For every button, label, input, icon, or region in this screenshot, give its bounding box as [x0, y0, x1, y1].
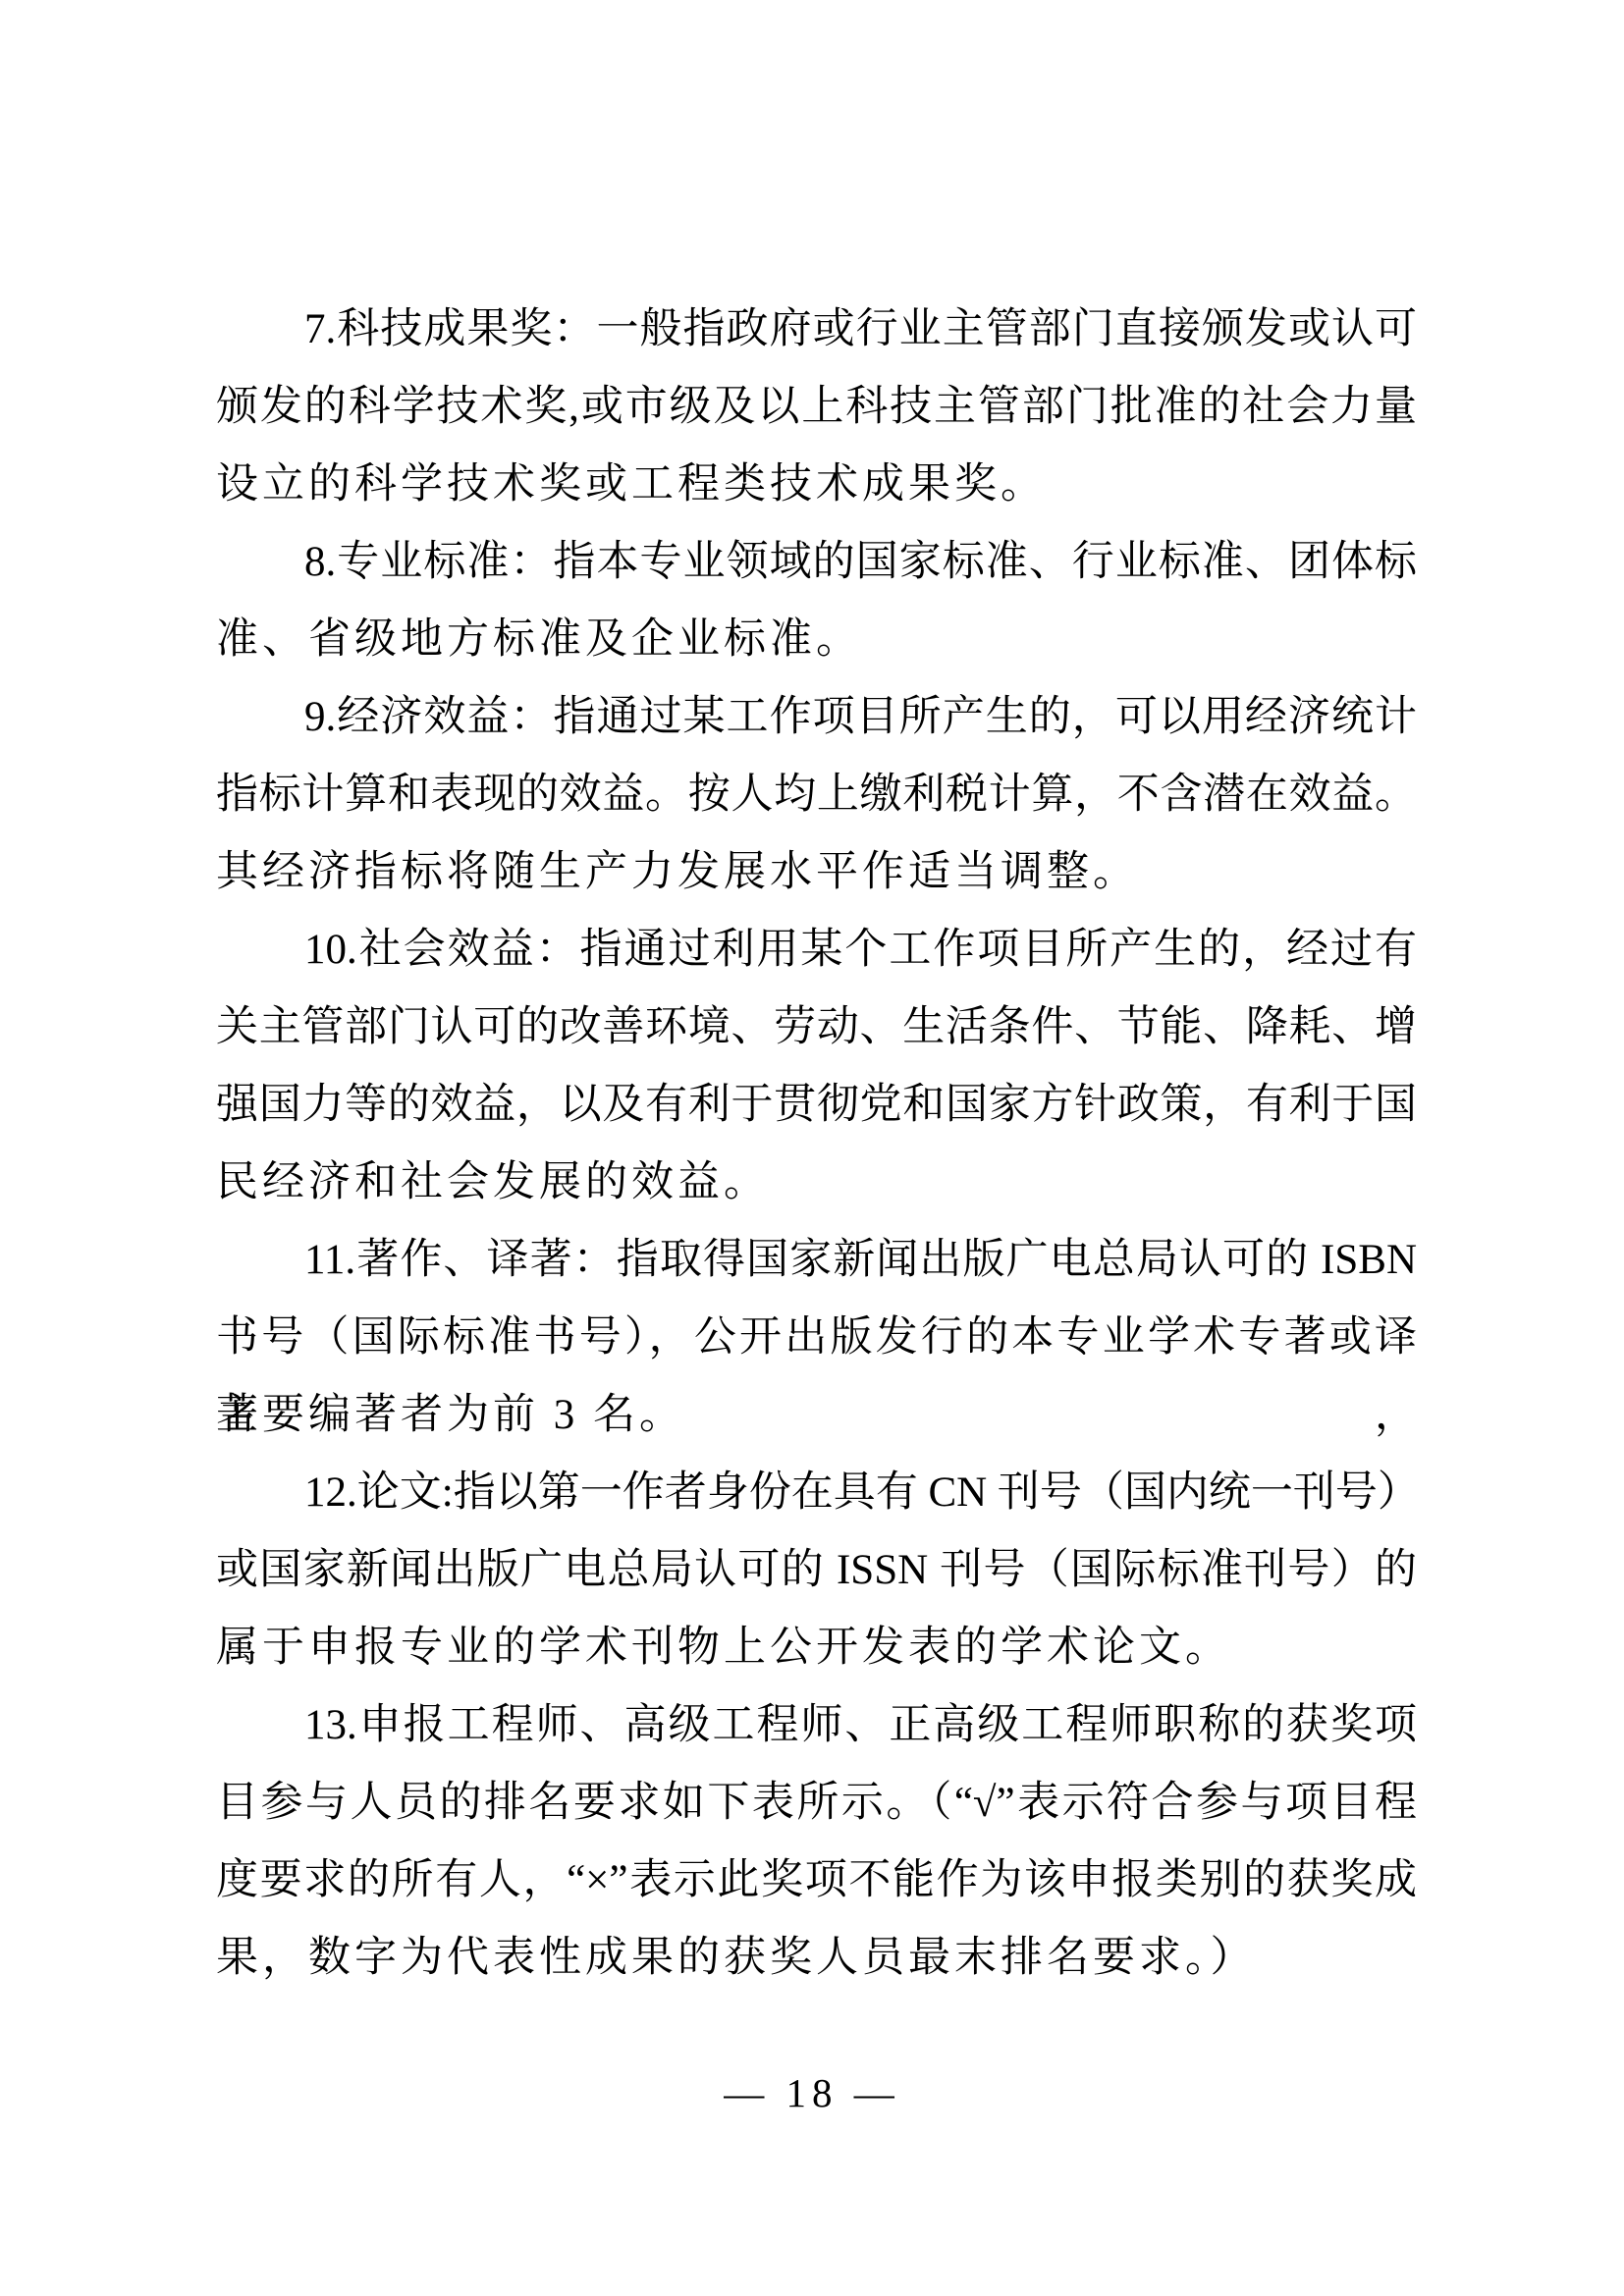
text-line: 10.社会效益：指通过利用某个工作项目所产生的，经过有 [216, 911, 1417, 988]
page-footer: — 18 — [0, 2069, 1624, 2116]
text-line: 准、省级地方标准及企业标准。 [216, 601, 1417, 678]
text-line: 民经济和社会发展的效益。 [216, 1144, 1417, 1221]
text-line: 书号（国际标准书号），公开出版发行的本专业学术专著或译著， [216, 1299, 1417, 1376]
text-line: 11.著作、译著：指取得国家新闻出版广电总局认可的 ISBN [216, 1221, 1417, 1299]
text-line: 7.科技成果奖：一般指政府或行业主管部门直接颁发或认可 [216, 291, 1417, 368]
text-line: 指标计算和表现的效益。按人均上缴利税计算，不含潜在效益。 [216, 756, 1417, 833]
text-line: 9.经济效益：指通过某工作项目所产生的，可以用经济统计 [216, 678, 1417, 756]
text-line: 属于申报专业的学术刊物上公开发表的学术论文。 [216, 1609, 1417, 1686]
text-line: 8.专业标准：指本专业领域的国家标准、行业标准、团体标 [216, 523, 1417, 601]
text-line: 果，数字为代表性成果的获奖人员最末排名要求。） [216, 1919, 1417, 1997]
text-line: 强国力等的效益，以及有利于贯彻党和国家方针政策，有利于国 [216, 1066, 1417, 1144]
page-number: — 18 — [724, 2070, 900, 2115]
text-line: 其经济指标将随生产力发展水平作适当调整。 [216, 833, 1417, 911]
text-line: 12.论文:指以第一作者身份在具有 CN 刊号（国内统一刊号） [216, 1454, 1417, 1531]
text-line: 颁发的科学技术奖,或市级及以上科技主管部门批准的社会力量 [216, 368, 1417, 446]
document-body: 7.科技成果奖：一般指政府或行业主管部门直接颁发或认可颁发的科学技术奖,或市级及… [216, 291, 1417, 1997]
text-line: 关主管部门认可的改善环境、劳动、生活条件、节能、降耗、增 [216, 988, 1417, 1066]
text-line: 度要求的所有人，“×”表示此奖项不能作为该申报类别的获奖成 [216, 1842, 1417, 1919]
text-line: 目参与人员的排名要求如下表所示。（“√”表示符合参与项目程 [216, 1764, 1417, 1842]
text-line: 13.申报工程师、高级工程师、正高级工程师职称的获奖项 [216, 1686, 1417, 1764]
document-page: 7.科技成果奖：一般指政府或行业主管部门直接颁发或认可颁发的科学技术奖,或市级及… [0, 0, 1624, 2296]
text-line: 设立的科学技术奖或工程类技术成果奖。 [216, 446, 1417, 523]
text-line: 或国家新闻出版广电总局认可的 ISSN 刊号（国际标准刊号）的 [216, 1531, 1417, 1609]
